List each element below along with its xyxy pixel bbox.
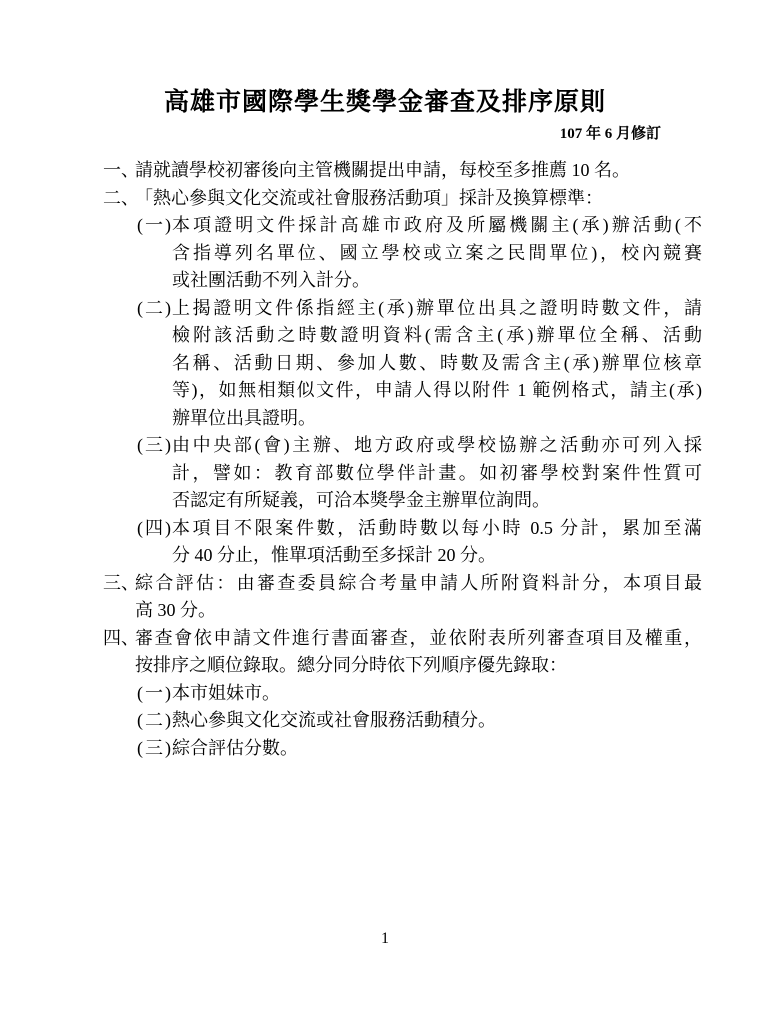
text-line: 或社團活動不列入計分。 [172, 267, 702, 295]
text-line: 本項目不限案件數，活動時數以每小時 0.5 分計，累加至滿 [172, 515, 702, 543]
list-item-marker: 四、 [103, 625, 139, 653]
list-item: 三、綜合評估：由審查委員綜合考量申請人所附資料計分，本項目最高 30 分。 [103, 570, 713, 625]
text-line: 按排序之順位錄取。總分同分時依下列順序優先錄取： [135, 652, 702, 680]
text-line: 本項證明文件採計高雄市政府及所屬機關主(承)辦活動(不 [172, 212, 702, 240]
list-item-lines: 熱心參與文化交流或社會服務活動積分。 [172, 707, 702, 735]
revision-note: 107 年 6 月修訂 [560, 124, 661, 144]
list-item: (二)熱心參與文化交流或社會服務活動積分。 [103, 707, 713, 735]
list-item: (三)由中央部(會)主辦、地方政府或學校協辦之活動亦可列入採計，譬如：教育部數位… [103, 432, 713, 515]
text-line: 由中央部(會)主辦、地方政府或學校協辦之活動亦可列入採 [172, 432, 702, 460]
list-item-lines: 審查會依申請文件進行書面審查，並依附表所列審查項目及權重，按排序之順位錄取。總分… [135, 625, 702, 680]
list-item-lines: 本項證明文件採計高雄市政府及所屬機關主(承)辦活動(不含指導列名單位、國立學校或… [172, 212, 702, 295]
list-item: (四)本項目不限案件數，活動時數以每小時 0.5 分計，累加至滿分 40 分止，… [103, 515, 713, 570]
document-page: 高雄市國際學生獎學金審查及排序原則 107 年 6 月修訂 一、請就讀學校初審後… [0, 0, 770, 1024]
list-item-lines: 綜合評估分數。 [172, 735, 702, 763]
list-item-marker: (二) [137, 295, 173, 323]
list-item-lines: 本項目不限案件數，活動時數以每小時 0.5 分計，累加至滿分 40 分止，惟單項… [172, 515, 702, 570]
list-item: 二、「熱心參與文化交流或社會服務活動項」採計及換算標準： [103, 185, 713, 213]
list-item: (三)綜合評估分數。 [103, 735, 713, 763]
list-item-lines: 上揭證明文件係指經主(承)辦單位出具之證明時數文件，請檢附該活動之時數證明資料(… [172, 295, 702, 433]
list-item-marker: 三、 [103, 570, 139, 598]
document-body: 一、請就讀學校初審後向主管機關提出申請，每校至多推薦 10 名。二、「熱心參與文… [103, 157, 713, 762]
text-line: 上揭證明文件係指經主(承)辦單位出具之證明時數文件，請 [172, 295, 702, 323]
text-line: 「熱心參與文化交流或社會服務活動項」採計及換算標準： [135, 185, 702, 213]
list-item: 一、請就讀學校初審後向主管機關提出申請，每校至多推薦 10 名。 [103, 157, 713, 185]
text-line: 等)，如無相類似文件，申請人得以附件 1 範例格式，請主(承) [172, 377, 702, 405]
list-item: (一)本市姐妹市。 [103, 680, 713, 708]
text-line: 高 30 分。 [135, 597, 702, 625]
list-item: (一)本項證明文件採計高雄市政府及所屬機關主(承)辦活動(不含指導列名單位、國立… [103, 212, 713, 295]
list-item-marker: (二) [137, 707, 173, 735]
text-line: 請就讀學校初審後向主管機關提出申請，每校至多推薦 10 名。 [135, 157, 702, 185]
text-line: 審查會依申請文件進行書面審查，並依附表所列審查項目及權重， [135, 625, 702, 653]
list-item-marker: (一) [137, 212, 173, 240]
list-item-marker: (四) [137, 515, 173, 543]
text-line: 名稱、活動日期、參加人數、時數及需含主(承)辦單位核章 [172, 350, 702, 378]
list-item-lines: 請就讀學校初審後向主管機關提出申請，每校至多推薦 10 名。 [135, 157, 702, 185]
text-line: 綜合評估：由審查委員綜合考量申請人所附資料計分，本項目最 [135, 570, 702, 598]
list-item-marker: 二、 [103, 185, 139, 213]
list-item-marker: (三) [137, 432, 173, 460]
list-item-lines: 本市姐妹市。 [172, 680, 702, 708]
list-item: (二)上揭證明文件係指經主(承)辦單位出具之證明時數文件，請檢附該活動之時數證明… [103, 295, 713, 433]
list-item-lines: 由中央部(會)主辦、地方政府或學校協辦之活動亦可列入採計，譬如：教育部數位學伴計… [172, 432, 702, 515]
text-line: 分 40 分止，惟單項活動至多採計 20 分。 [172, 542, 702, 570]
text-line: 綜合評估分數。 [172, 735, 702, 763]
list-item-marker: (一) [137, 680, 173, 708]
text-line: 含指導列名單位、國立學校或立案之民間單位)，校內競賽 [172, 240, 702, 268]
text-line: 本市姐妹市。 [172, 680, 702, 708]
text-line: 計，譬如：教育部數位學伴計畫。如初審學校對案件性質可 [172, 460, 702, 488]
text-line: 辦單位出具證明。 [172, 405, 702, 433]
page-number: 1 [0, 929, 770, 949]
list-item-marker: 一、 [103, 157, 139, 185]
document-title: 高雄市國際學生獎學金審查及排序原則 [0, 86, 770, 119]
text-line: 檢附該活動之時數證明資料(需含主(承)辦單位全稱、活動 [172, 322, 702, 350]
list-item-marker: (三) [137, 735, 173, 763]
list-item: 四、審查會依申請文件進行書面審查，並依附表所列審查項目及權重，按排序之順位錄取。… [103, 625, 713, 680]
text-line: 熱心參與文化交流或社會服務活動積分。 [172, 707, 702, 735]
list-item-lines: 「熱心參與文化交流或社會服務活動項」採計及換算標準： [135, 185, 702, 213]
text-line: 否認定有所疑義，可洽本獎學金主辦單位詢問。 [172, 487, 702, 515]
list-item-lines: 綜合評估：由審查委員綜合考量申請人所附資料計分，本項目最高 30 分。 [135, 570, 702, 625]
